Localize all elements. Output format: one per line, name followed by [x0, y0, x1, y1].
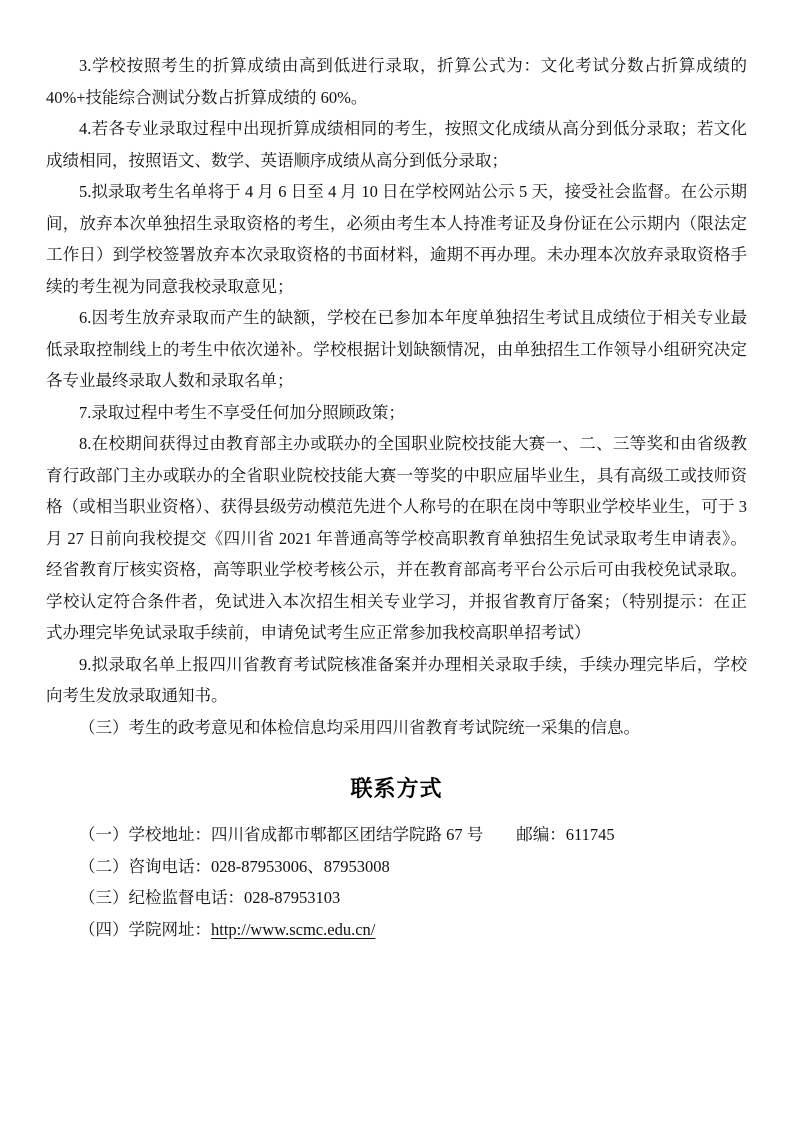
contact-website-label: （四）学院网址：: [79, 920, 211, 939]
admission-rules-section: 3.学校按照考生的折算成绩由高到低进行录取，折算公式为：文化考试分数占折算成绩的…: [46, 50, 747, 743]
college-website-link[interactable]: http://www.scmc.edu.cn/: [211, 920, 375, 939]
contact-list: （一）学校地址：四川省成都市郫都区团结学院路 67 号 邮编：611745 （二…: [46, 819, 747, 945]
contact-section-heading: 联系方式: [46, 773, 747, 805]
paragraph-rule-9: 9.拟录取名单上报四川省教育考试院核准备案并办理相关录取手续，手续办理完毕后，学…: [46, 649, 747, 712]
contact-item-inquiry-phone: （二）咨询电话：028-87953006、87953008: [46, 851, 747, 883]
document-page: 3.学校按照考生的折算成绩由高到低进行录取，折算公式为：文化考试分数占折算成绩的…: [0, 0, 793, 1122]
paragraph-rule-7: 7.录取过程中考生不享受任何加分照顾政策；: [46, 397, 747, 429]
paragraph-rule-8: 8.在校期间获得过由教育部主办或联办的全国职业院校技能大赛一、二、三等奖和由省级…: [46, 428, 747, 649]
paragraph-rule-3: 3.学校按照考生的折算成绩由高到低进行录取，折算公式为：文化考试分数占折算成绩的…: [46, 50, 747, 113]
contact-item-school-address: （一）学校地址：四川省成都市郫都区团结学院路 67 号 邮编：611745: [46, 819, 747, 851]
paragraph-rule-5: 5.拟录取考生名单将于 4 月 6 日至 4 月 10 日在学校网站公示 5 天…: [46, 176, 747, 302]
paragraph-item-3-note: （三）考生的政考意见和体检信息均采用四川省教育考试院统一采集的信息。: [46, 712, 747, 744]
paragraph-rule-4: 4.若各专业录取过程中出现折算成绩相同的考生，按照文化成绩从高分到低分录取；若文…: [46, 113, 747, 176]
contact-item-website: （四）学院网址：http://www.scmc.edu.cn/: [46, 914, 747, 946]
paragraph-rule-6: 6.因考生放弃录取而产生的缺额，学校在已参加本年度单独招生考试且成绩位于相关专业…: [46, 302, 747, 397]
contact-item-discipline-phone: （三）纪检监督电话：028-87953103: [46, 882, 747, 914]
